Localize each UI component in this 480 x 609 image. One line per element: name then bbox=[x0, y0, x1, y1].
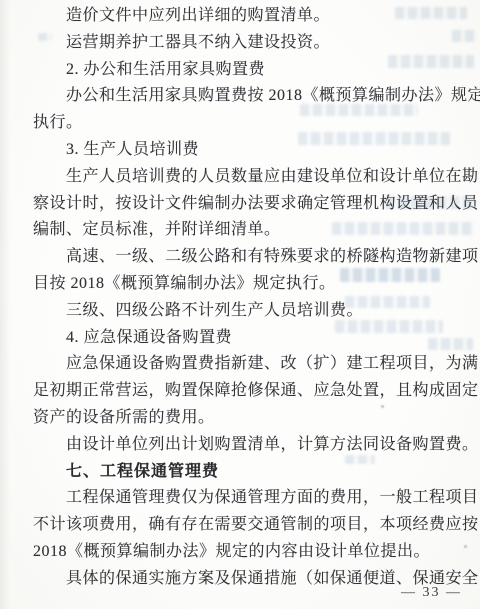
body-line: 生产人员培训费的人员数量应由建设单位和设计单位在勘 bbox=[33, 164, 457, 191]
body-line: 由设计单位列出计划购置清单，计算方法同设备购置费。 bbox=[33, 432, 457, 459]
body-line: 办公和生活用家具购置费按 2018《概预算编制办法》规定 bbox=[33, 83, 457, 110]
numbered-subheading: 3. 生产人员培训费 bbox=[33, 137, 457, 164]
body-line: 工程保通管理费仅为保通管理方面的费用，一般工程项目 bbox=[33, 485, 457, 512]
page-body: 造价文件中应列出详细的购置清单。 运营期养护工器具不纳入建设投资。 2. 办公和… bbox=[33, 3, 457, 593]
body-line: 运营期养护工器具不纳入建设投资。 bbox=[33, 30, 457, 57]
page-number: — 33 — bbox=[401, 585, 462, 601]
body-line: 三级、四级公路不计列生产人员培训费。 bbox=[33, 298, 457, 325]
body-line: 察设计时，按设计文件编制办法要求确定管理机构设置和人员 bbox=[33, 191, 457, 218]
body-line: 造价文件中应列出详细的购置清单。 bbox=[33, 3, 457, 30]
body-line: 2018《概预算编制办法》规定的内容由设计单位提出。 bbox=[33, 539, 457, 566]
section-heading: 七、工程保通管理费 bbox=[33, 459, 457, 486]
body-line: 高速、一级、二级公路和有特殊要求的桥隧构造物新建项 bbox=[33, 244, 457, 271]
body-line: 足初期正常营运，购置保障抢修保通、应急处置，且构成固定 bbox=[33, 378, 457, 405]
numbered-subheading: 4. 应急保通设备购置费 bbox=[33, 325, 457, 352]
numbered-subheading: 2. 办公和生活用家具购置费 bbox=[33, 57, 457, 84]
body-line: 编制、定员标准，并附详细清单。 bbox=[33, 217, 457, 244]
body-line: 执行。 bbox=[33, 110, 457, 137]
body-line: 目按 2018《概预算编制办法》规定执行。 bbox=[33, 271, 457, 298]
body-line: 具体的保通实施方案及保通措施（如保通便道、保通安全 bbox=[33, 566, 457, 593]
document-page: 造价文件中应列出详细的购置清单。 运营期养护工器具不纳入建设投资。 2. 办公和… bbox=[0, 0, 480, 609]
body-line: 应急保通设备购置费指新建、改（扩）建工程项目，为满 bbox=[33, 351, 457, 378]
body-line: 不计该项费用，确有存在需要交通管制的项目，本项经费应按 bbox=[33, 512, 457, 539]
body-line: 资产的设备所需的费用。 bbox=[33, 405, 457, 432]
scan-speck bbox=[464, 545, 467, 548]
